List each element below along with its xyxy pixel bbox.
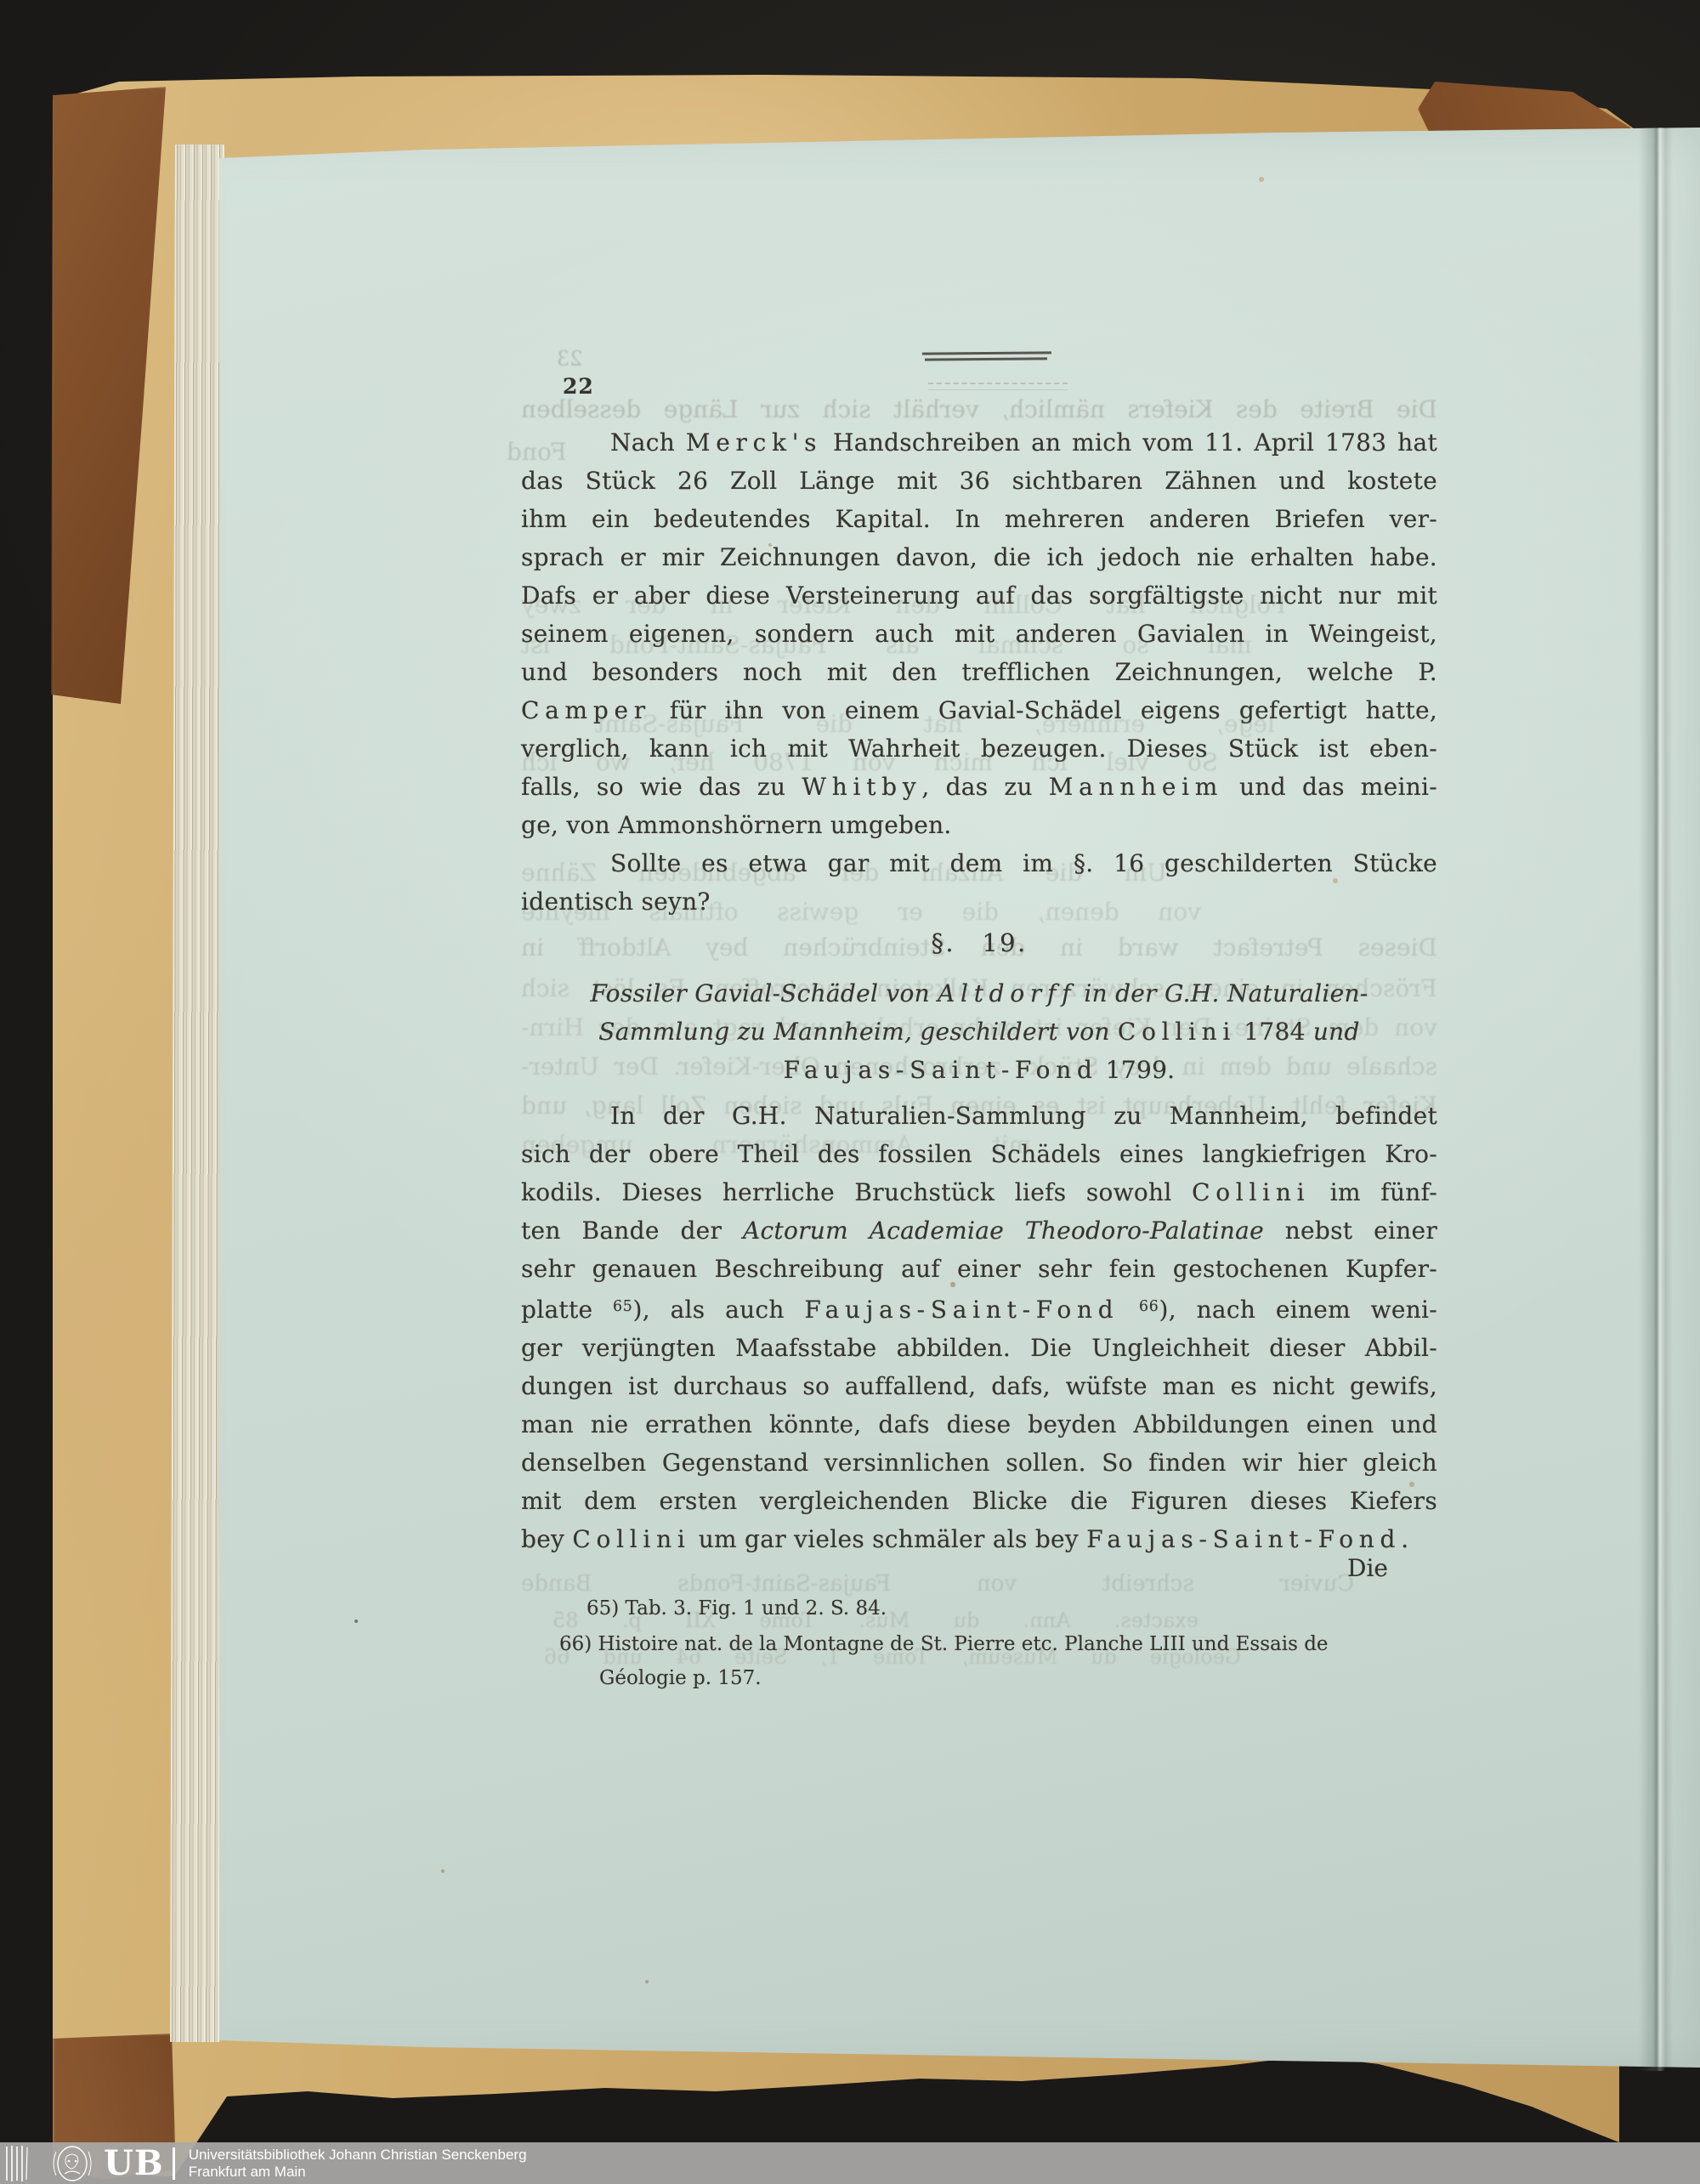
text-segment: in der xyxy=(1076,979,1164,1007)
watermark-separator xyxy=(173,2147,175,2180)
text-segment xyxy=(1119,1296,1139,1324)
text-segment: kodils. Dieses herrliche Bruchstück lief… xyxy=(521,1178,1192,1206)
book-scan-photo: Die Breite des Kiefers nämlich, verhält … xyxy=(0,0,1700,2184)
text-segment: In der G.H. Naturalien-Sammlung zu Mannh… xyxy=(610,1102,1437,1130)
text-segment: Camper xyxy=(521,696,651,724)
text-line: sehr genauen Beschreibung auf einer sehr… xyxy=(521,1250,1437,1288)
text-segment: . xyxy=(1401,1525,1408,1553)
text-line: sich der obere Theil des fossilen Schäde… xyxy=(521,1135,1437,1173)
text-segment: mit dem ersten vergleichenden Blicke die… xyxy=(521,1487,1437,1515)
paragraph-mannheim: In der G.H. Naturalien-Sammlung zu Mannh… xyxy=(521,1097,1437,1558)
text-line: In der G.H. Naturalien-Sammlung zu Mannh… xyxy=(521,1097,1437,1135)
library-city: Frankfurt am Main xyxy=(189,2164,527,2181)
text-line: Dafs er aber diese Versteinerung auf das… xyxy=(521,576,1437,615)
footnote-65: 65) Tab. 3. Fig. 1 und 2. S. 84. xyxy=(586,1591,887,1626)
text-segment: 65 xyxy=(613,1298,632,1315)
text-segment: ge, von Ammonshörnern umgeben. xyxy=(521,811,952,839)
text-segment: sich der obere Theil des fossilen Schäde… xyxy=(521,1140,1437,1168)
paper-specks xyxy=(0,0,2,2)
text-segment: Faujas-Saint-Fond xyxy=(804,1296,1119,1324)
text-segment: platte xyxy=(521,1296,613,1324)
text-line: 66) Histoire nat. de la Montagne de St. … xyxy=(559,1627,1329,1662)
text-line: kodils. Dieses herrliche Bruchstück lief… xyxy=(521,1173,1437,1211)
text-segment: bey xyxy=(521,1525,572,1553)
text-segment: 65) Tab. 3. Fig. 1 und 2. S. 84. xyxy=(586,1597,887,1620)
library-name: Universitätsbibliothek Johann Christian … xyxy=(189,2147,527,2164)
text-segment: sehr genauen Beschreibung auf einer sehr… xyxy=(521,1255,1437,1283)
text-line: bey Collini um gar vieles schmäler als b… xyxy=(521,1520,1437,1558)
text-line: ge, von Ammonshörnern umgeben. xyxy=(521,806,1437,844)
text-line: 65) Tab. 3. Fig. 1 und 2. S. 84. xyxy=(586,1591,887,1626)
text-line: Sollte es etwa gar mit dem im §. 16 gesc… xyxy=(521,844,1437,882)
text-segment: verglich, kann ich mit Wahrheit bezeugen… xyxy=(521,735,1437,763)
text-segment: Sammlung zu Mannheim, geschildert von xyxy=(598,1018,1118,1046)
text-line: verglich, kann ich mit Wahrheit bezeugen… xyxy=(521,729,1437,768)
text-segment: das Stück 26 Zoll Länge mit 36 sichtbare… xyxy=(521,467,1437,495)
text-segment: ), als auch xyxy=(633,1296,805,1324)
text-segment: Faujas-Saint-Fond xyxy=(1086,1525,1401,1553)
text-segment: denselben Gegenstand versinnlichen solle… xyxy=(521,1449,1437,1477)
text-segment: ten Bande der xyxy=(521,1217,743,1245)
text-line: denselben Gegenstand versinnlichen solle… xyxy=(521,1444,1437,1482)
text-line: man nie errathen könnte, dafs diese beyd… xyxy=(521,1405,1437,1444)
text-segment: Fossiler Gavial-Schädel von xyxy=(591,979,938,1007)
text-line: das Stück 26 Zoll Länge mit 36 sichtbare… xyxy=(521,462,1437,500)
page-number: 22 xyxy=(563,374,594,399)
text-line: Faujas-Saint-Fond 1799. xyxy=(521,1051,1437,1089)
text-segment: , das zu xyxy=(921,773,1048,801)
text-segment: Faujas-Saint-Fond xyxy=(784,1056,1098,1084)
text-segment: um gar vieles schmäler als bey xyxy=(691,1525,1087,1553)
section-heading: Fossiler Gavial-Schädel von Altdorff in … xyxy=(521,974,1437,1089)
text-segment: und xyxy=(1313,1018,1360,1046)
text-segment: ger verjüngten Maafsstabe abbilden. Die … xyxy=(521,1334,1437,1362)
text-segment: Whitby xyxy=(802,773,921,801)
text-segment: sprach er mir Zeichnungen davon, die ich… xyxy=(521,543,1437,571)
text-line: sprach er mir Zeichnungen davon, die ich… xyxy=(521,538,1437,576)
text-line: Camper für ihn von einem Gavial-Schädel … xyxy=(521,691,1437,729)
text-segment: seinem eigenen, sondern auch mit anderen… xyxy=(521,620,1437,648)
text-segment: Actorum Academiae Theodoro-Palatinae xyxy=(743,1217,1264,1245)
text-line: ihm ein bedeutendes Kapital. In mehreren… xyxy=(521,500,1437,538)
text-line: seinem eigenen, sondern auch mit anderen… xyxy=(521,615,1437,653)
library-watermark-bar: UB Universitätsbibliothek Johann Christi… xyxy=(0,2142,1700,2184)
text-segment: Collini xyxy=(572,1525,690,1553)
footnote-66: 66) Histoire nat. de la Montagne de St. … xyxy=(559,1627,1329,1662)
text-line: ten Bande der Actorum Academiae Theodoro… xyxy=(521,1211,1437,1250)
text-segment: im fünf- xyxy=(1310,1178,1437,1206)
goethe-portrait-icon xyxy=(46,2145,99,2182)
text-line: ger verjüngten Maafsstabe abbilden. Die … xyxy=(521,1329,1437,1367)
text-line: Géologie p. 157. xyxy=(599,1661,762,1696)
text-segment: Sollte es etwa gar mit dem im §. 16 gesc… xyxy=(610,849,1437,877)
text-segment: und besonders noch mit den trefflichen Z… xyxy=(521,658,1437,686)
section-number: §. 19. xyxy=(521,928,1437,957)
printed-content: 22 Nach Merck's Handschreiben an mich vo… xyxy=(0,0,1700,2184)
text-segment: Altdorff xyxy=(938,979,1076,1007)
text-segment: identisch seyn? xyxy=(521,888,711,916)
text-segment: Mannheim xyxy=(1049,773,1223,801)
text-segment: 1784 xyxy=(1236,1018,1313,1046)
text-line: Nach Merck's Handschreiben an mich vom 1… xyxy=(521,423,1437,462)
text-segment: nebst einer xyxy=(1264,1217,1437,1245)
text-line: Sammlung zu Mannheim, geschildert von Co… xyxy=(521,1013,1437,1051)
printers-double-rule xyxy=(922,351,1051,364)
watermark-label: Universitätsbibliothek Johann Christian … xyxy=(189,2147,527,2181)
text-segment: Géologie p. 157. xyxy=(599,1667,762,1689)
text-line: falls, so wie das zu Whitby, das zu Mann… xyxy=(521,768,1437,806)
text-line: platte 65), als auch Faujas-Saint-Fond 6… xyxy=(521,1288,1437,1329)
text-segment: ), nach einem weni- xyxy=(1159,1296,1437,1324)
text-segment: G.H. Naturalien- xyxy=(1164,979,1368,1007)
text-segment: dungen ist durchaus so auffallend, dafs,… xyxy=(521,1372,1437,1400)
text-line: und besonders noch mit den trefflichen Z… xyxy=(521,653,1437,691)
text-segment: Collini xyxy=(1118,1018,1236,1046)
text-line: mit dem ersten vergleichenden Blicke die… xyxy=(521,1482,1437,1520)
text-segment: Handschreiben an mich vom 11. April 1783… xyxy=(822,428,1437,457)
text-line: dungen ist durchaus so auffallend, dafs,… xyxy=(521,1367,1437,1405)
catchword: Die xyxy=(521,1554,1388,1582)
text-segment: 1799. xyxy=(1098,1056,1176,1084)
text-segment: für ihn von einem Gavial-Schädel eigens … xyxy=(651,696,1437,724)
text-segment: Dafs er aber diese Versteinerung auf das… xyxy=(521,581,1437,610)
text-segment: und das meini- xyxy=(1223,773,1437,801)
text-segment: man nie errathen könnte, dafs diese beyd… xyxy=(521,1410,1437,1438)
text-line: identisch seyn? xyxy=(521,882,1437,921)
text-segment: Merck's xyxy=(686,428,822,457)
ub-logo-text: UB xyxy=(104,2145,164,2182)
text-segment: falls, so wie das zu xyxy=(521,773,802,801)
paragraph-merck: Nach Merck's Handschreiben an mich vom 1… xyxy=(521,423,1437,844)
text-segment: 66) Histoire nat. de la Montagne de St. … xyxy=(559,1633,1329,1655)
text-segment: ihm ein bedeutendes Kapital. In mehreren… xyxy=(521,505,1437,533)
text-segment: Nach xyxy=(610,428,686,457)
paragraph-question: Sollte es etwa gar mit dem im §. 16 gesc… xyxy=(521,844,1437,921)
book-spines-icon xyxy=(3,2145,37,2182)
footnote-66-continued: Géologie p. 157. xyxy=(599,1661,762,1696)
text-line: Fossiler Gavial-Schädel von Altdorff in … xyxy=(521,974,1437,1013)
text-segment: Collini xyxy=(1192,1178,1310,1206)
text-segment: 66 xyxy=(1139,1298,1159,1315)
